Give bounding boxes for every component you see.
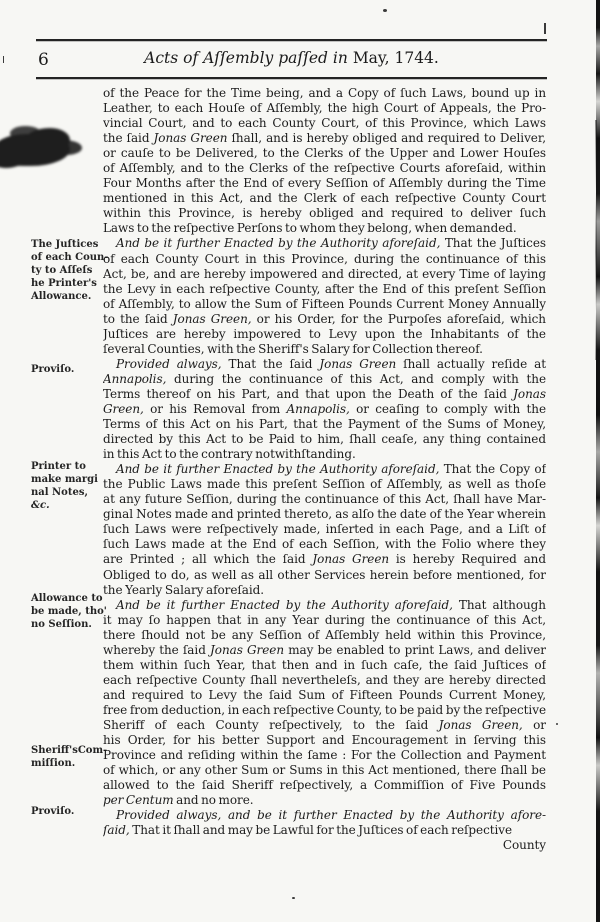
margin-note-line: no Seſſion. xyxy=(31,618,105,631)
body-text-column: of the Peace for the Time being, and a C… xyxy=(103,86,546,853)
text-line: And be it further Enacted by the Authori… xyxy=(103,462,546,477)
running-head: Acts of Aſſembly paſſed inMay, 1744. xyxy=(36,49,547,67)
margin-note-line: Proviſo. xyxy=(31,363,105,376)
margin-note: The Juſticesof each Coun-ty to Aſſeſshe … xyxy=(31,238,105,303)
text-line: allowed to the ſaid Sheriff reſpectively… xyxy=(103,778,546,793)
text-line: at any future Seſſion, during the contin… xyxy=(103,492,546,507)
ink-speck xyxy=(556,723,558,725)
ink-speck xyxy=(3,56,4,63)
text-line: them within ſuch Year, that then and in … xyxy=(103,658,546,673)
text-line: Juſtices are hereby impowered to Levy up… xyxy=(103,327,546,342)
text-line: and required to Levy the ſaid Sum of Fif… xyxy=(103,688,546,703)
margin-note-line: Proviſo. xyxy=(31,805,105,818)
margin-note: Proviſo. xyxy=(31,363,105,376)
margin-note: Printer tomake marginal Notes,&c. xyxy=(31,460,105,512)
text-line: the Levy in each reſpective County, afte… xyxy=(103,282,546,297)
text-line: mentioned in this Act, and the Clerk of … xyxy=(103,191,546,206)
text-line: Obliged to do, as well as all other Serv… xyxy=(103,568,546,583)
text-line: ſuch Laws made at the End of each Seſſio… xyxy=(103,537,546,552)
margin-note-line: he Printer's xyxy=(31,277,105,290)
text-line: free from deduction, in each reſpective … xyxy=(103,703,546,718)
text-line: or cauſe to be Delivered, to the Clerks … xyxy=(103,146,546,161)
text-line: directed by this Act to be Paid to him, … xyxy=(103,432,546,447)
ink-speck xyxy=(544,23,546,34)
text-line: ginal Notes made and printed thereto, as… xyxy=(103,507,546,522)
ink-blot xyxy=(0,120,90,180)
text-line: Annapolis, during the continuance of thi… xyxy=(103,372,546,387)
text-line: Terms of this Act on his Part, that the … xyxy=(103,417,546,432)
margin-note-line: Printer to xyxy=(31,460,105,473)
text-line: Sheriff of each County reſpectively, to … xyxy=(103,718,546,733)
text-line: of Aſſembly, to allow the Sum of Fifteen… xyxy=(103,297,546,312)
text-line: Terms thereof on his Part, and that upon… xyxy=(103,387,546,402)
ink-speck xyxy=(292,897,295,899)
text-line: within this Province, is hereby obliged … xyxy=(103,206,546,221)
text-line: per Centum and no more. xyxy=(103,793,546,808)
text-line: Laws to the reſpective Perſons to whom t… xyxy=(103,221,546,236)
text-line: it may ſo happen that in any Year during… xyxy=(103,613,546,628)
text-line: the ſaid Jonas Green ſhall, and is hereb… xyxy=(103,131,546,146)
header-rule-bottom xyxy=(36,77,547,79)
text-line: there ſhould not be any Seſſion of Aſſem… xyxy=(103,628,546,643)
ink-speck xyxy=(160,286,162,288)
text-line: his Order, for his better Support and En… xyxy=(103,733,546,748)
text-line: Act, be, and are hereby impowered and di… xyxy=(103,267,546,282)
text-line: of which, or any other Sum or Sums in th… xyxy=(103,763,546,778)
margin-note-line: of each Coun- xyxy=(31,251,105,264)
margin-note-line: ty to Aſſeſs xyxy=(31,264,105,277)
running-head-roman: May, 1744. xyxy=(353,49,439,67)
text-line: of Aſſembly, and to the Clerks of the re… xyxy=(103,161,546,176)
scanned-page: 6 Acts of Aſſembly paſſed inMay, 1744. T… xyxy=(0,0,600,922)
text-line: are Printed ; all which the ſaid Jonas G… xyxy=(103,552,546,567)
scan-edge-artifact-inner xyxy=(595,120,597,360)
text-line: ſaid, That it ſhall and may be Lawful fo… xyxy=(103,823,546,838)
text-line: ſuch Laws were reſpectively made, inſert… xyxy=(103,522,546,537)
text-line: vincial Court, and to each County Court,… xyxy=(103,116,546,131)
text-line: each reſpective County ſhall nevertheleſ… xyxy=(103,673,546,688)
margin-note-line: be made, tho' xyxy=(31,605,105,618)
margin-note: Allowance tobe made, tho'no Seſſion. xyxy=(31,592,105,631)
text-line: Provided always, and be it further Enact… xyxy=(103,808,546,823)
text-line: of the Peace for the Time being, and a C… xyxy=(103,86,546,101)
text-line: Leather, to each Houſe of Aſſembly, the … xyxy=(103,101,546,116)
margin-note-line: miſſion. xyxy=(31,757,105,770)
text-line: to the ſaid Jonas Green, or his Order, f… xyxy=(103,312,546,327)
text-line: whereby the ſaid Jonas Green may be enab… xyxy=(103,643,546,658)
margin-note: Sheriff'sCom-miſſion. xyxy=(31,744,105,770)
text-line: Province and reſiding within the ſame : … xyxy=(103,748,546,763)
text-line: the Yearly Salary aforeſaid. xyxy=(103,583,546,598)
margin-note-line: Allowance to xyxy=(31,592,105,605)
margin-note-line: The Juſtices xyxy=(31,238,105,251)
catchword: County xyxy=(103,838,546,853)
text-line: Provided always, That the ſaid Jonas Gre… xyxy=(103,357,546,372)
running-head-italic: Acts of Aſſembly paſſed in xyxy=(144,49,348,67)
header-rule-top xyxy=(36,39,547,41)
text-line: ſeveral Counties, with the Sheriff's Sal… xyxy=(103,342,546,357)
margin-note-line: Sheriff'sCom- xyxy=(31,744,105,757)
margin-note-line: make margi xyxy=(31,473,105,486)
text-line: of each County Court in this Province, d… xyxy=(103,252,546,267)
text-line: Green, or his Removal from Annapolis, or… xyxy=(103,402,546,417)
text-line: And be it further Enacted by the Authori… xyxy=(103,236,546,251)
margin-note-line: &c. xyxy=(31,499,105,512)
margin-note: Proviſo. xyxy=(31,805,105,818)
text-line: Four Months after the End of every Seſſi… xyxy=(103,176,546,191)
text-line: And be it further Enacted by the Authori… xyxy=(103,598,546,613)
text-line: in this Act to the contrary notwithſtand… xyxy=(103,447,546,462)
margin-note-line: nal Notes, xyxy=(31,486,105,499)
margin-note-line: Allowance. xyxy=(31,290,105,303)
text-line: the Public Laws made this preſent Seſſio… xyxy=(103,477,546,492)
ink-speck xyxy=(383,9,387,12)
